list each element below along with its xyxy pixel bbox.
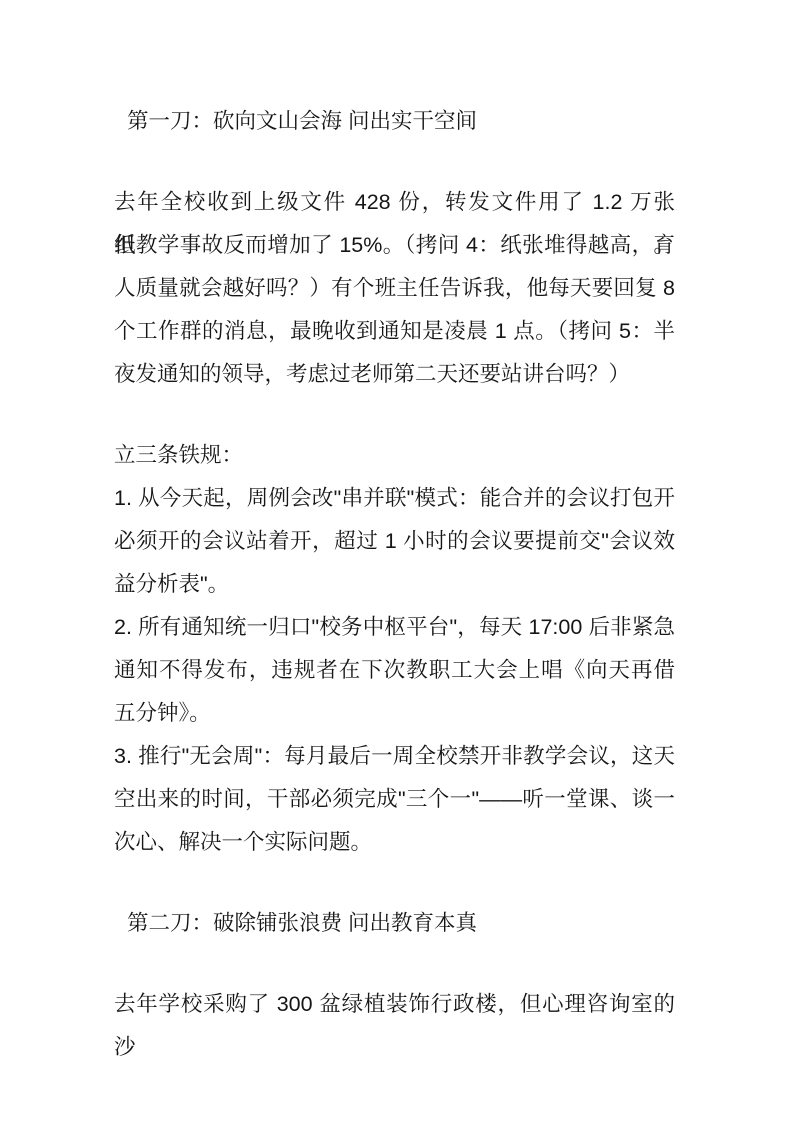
paragraph: 立三条铁规： [114, 434, 675, 477]
text-line: 3. 推行"无会周"：每月最后一周全校禁开非教学会议，这天 [114, 735, 675, 778]
heading-line: 第一刀：砍向文山会海 问出实干空间 [114, 100, 675, 143]
text-line: 益分析表"。 [114, 563, 675, 606]
text-line: 2. 所有通知统一归口"校务中枢平台"，每天 17:00 后非紧急 [114, 606, 675, 649]
text-line: 必须开的会议站着开，超过 1 小时的会议要提前交"会议效 [114, 520, 675, 563]
paragraph: 去年学校采购了 300 盆绿植装饰行政楼，但心理咨询室的沙 [114, 983, 675, 1026]
text-line: 五分钟》。 [114, 692, 675, 735]
document-page: 第一刀：砍向文山会海 问出实干空间去年全校收到上级文件 428 份，转发文件用了… [0, 0, 793, 1122]
paragraph: 1. 从今天起，周例会改"串并联"模式：能合并的会议打包开必须开的会议站着开，超… [114, 477, 675, 606]
paragraph: 去年全校收到上级文件 428 份，转发文件用了 1.2 万张纸。但教学事故反而增… [114, 181, 675, 396]
text-line: 去年学校采购了 300 盆绿植装饰行政楼，但心理咨询室的沙 [114, 983, 675, 1026]
text-line: 人质量就会越好吗？）有个班主任告诉我，他每天要回复 8 [114, 267, 675, 310]
text-line: 去年全校收到上级文件 428 份，转发文件用了 1.2 万张纸。 [114, 181, 675, 224]
text-line: 夜发通知的领导，考虑过老师第二天还要站讲台吗？） [114, 353, 675, 396]
paragraph: 3. 推行"无会周"：每月最后一周全校禁开非教学会议，这天空出来的时间，干部必须… [114, 735, 675, 864]
text-line: 1. 从今天起，周例会改"串并联"模式：能合并的会议打包开 [114, 477, 675, 520]
text-line: 但教学事故反而增加了 15%。（拷问 4：纸张堆得越高，育 [114, 224, 675, 267]
text-line: 通知不得发布，违规者在下次教职工大会上唱《向天再借 [114, 649, 675, 692]
text-line: 次心、解决一个实际问题。 [114, 821, 675, 864]
text-line: 立三条铁规： [114, 434, 675, 477]
section-heading: 第二刀：破除铺张浪费 问出教育本真 [114, 902, 675, 945]
text-line: 个工作群的消息，最晚收到通知是凌晨 1 点。（拷问 5：半 [114, 310, 675, 353]
heading-line: 第二刀：破除铺张浪费 问出教育本真 [114, 902, 675, 945]
text-line: 空出来的时间，干部必须完成"三个一"——听一堂课、谈一 [114, 778, 675, 821]
paragraph: 2. 所有通知统一归口"校务中枢平台"，每天 17:00 后非紧急通知不得发布，… [114, 606, 675, 735]
section-heading: 第一刀：砍向文山会海 问出实干空间 [114, 100, 675, 143]
